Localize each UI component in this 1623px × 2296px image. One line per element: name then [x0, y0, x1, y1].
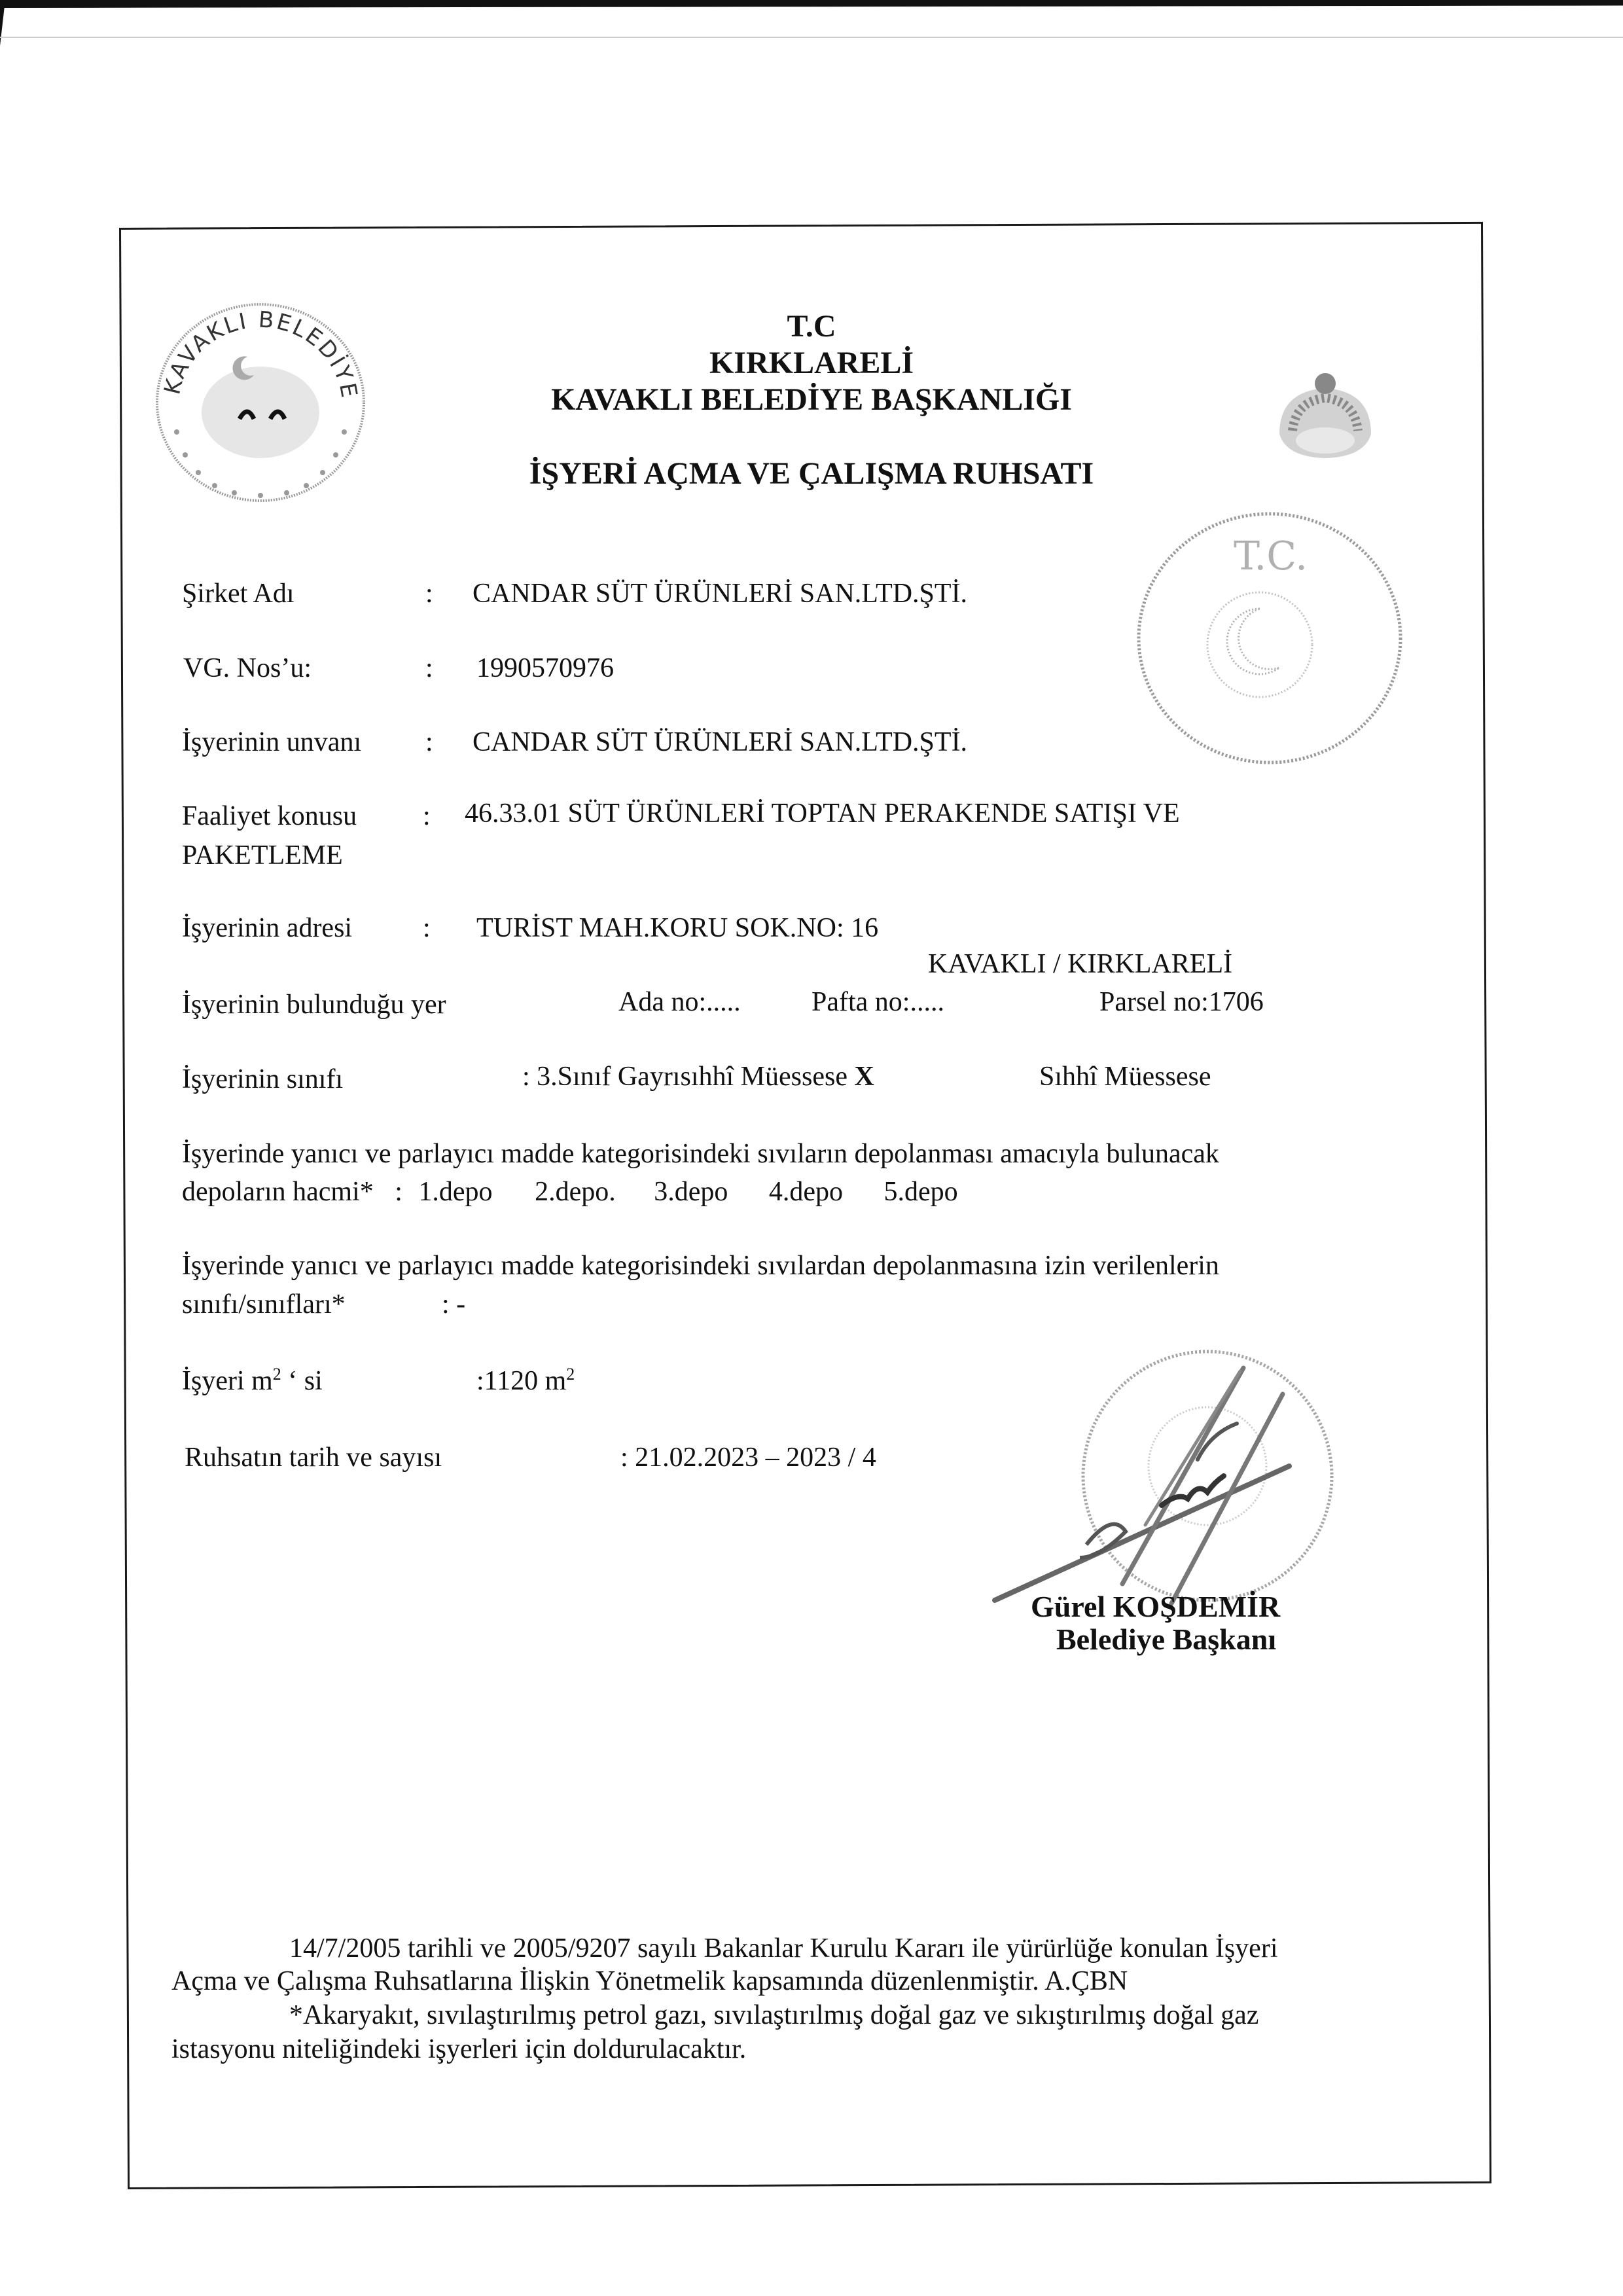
permitted-label: sınıfı/sınıfları* — [182, 1291, 346, 1318]
tanks-label: depoların hacmi* : 1.depo 2.depo. 3.depo… — [182, 1178, 958, 1206]
activity-value-line1: 46.33.01 SÜT ÜRÜNLERİ TOPTAN PERAKENDE S… — [465, 800, 1180, 827]
signatory-title: Belediye Başkanı — [1056, 1624, 1276, 1655]
business-title-label: İşyerinin unvanı — [182, 728, 361, 756]
official-stamp-icon: T.C. — [1129, 504, 1410, 779]
area-label-prefix: İşyeri m — [182, 1366, 273, 1396]
scan-line — [0, 37, 1623, 38]
class-option-gayrisihhi: : 3.Sınıf Gayrısıhhî Müessese X — [522, 1063, 874, 1090]
tax-no-value: 1990570976 — [476, 655, 614, 682]
license-value: : 21.02.2023 – 2023 / 4 — [620, 1444, 876, 1471]
license-label: Ruhsatın tarih ve sayısı — [185, 1444, 442, 1471]
location-parsel: Parsel no:1706 — [1099, 988, 1264, 1016]
business-title-value: CANDAR SÜT ÜRÜNLERİ SAN.LTD.ŞTİ. — [473, 728, 967, 756]
tanks-sep: : — [395, 1177, 402, 1207]
business-title-sep: : — [425, 728, 433, 756]
signatory-name: Gürel KOŞDEMİR — [1031, 1592, 1280, 1622]
signature-stamp-icon — [982, 1302, 1387, 1610]
address-sep: : — [423, 914, 431, 942]
tax-no-label: VG. Nos’u: — [183, 655, 312, 682]
area-label-suffix: ‘ si — [281, 1366, 323, 1396]
class-selected-mark: X — [854, 1062, 874, 1092]
permitted-text-line1: İşyerinde yanıcı ve parlayıcı madde kate… — [182, 1252, 1219, 1280]
location-pafta: Pafta no:..... — [811, 988, 944, 1016]
footnote-line4: istasyonu niteliğindeki işyerleri için d… — [171, 2036, 746, 2063]
footnote-line3: *Akaryakıt, sıvılaştırılmış petrol gazı,… — [289, 2001, 1258, 2029]
header-province: KIRKLARELİ — [0, 348, 1623, 379]
company-name-sep: : — [425, 580, 433, 607]
depot-4: 4.depo — [769, 1177, 843, 1207]
area-label-sup: 2 — [273, 1365, 281, 1384]
area-value-prefix: :1120 m — [476, 1366, 566, 1396]
header-tc: T.C — [0, 311, 1623, 342]
document-title: İŞYERİ AÇMA VE ÇALIŞMA RUHSATI — [0, 458, 1623, 490]
tanks-text-line1: İşyerinde yanıcı ve parlayıcı madde kate… — [182, 1140, 1219, 1168]
scan-edge-top — [0, 0, 1623, 8]
location-label: İşyerinin bulunduğu yer — [182, 991, 446, 1018]
company-name-value: CANDAR SÜT ÜRÜNLERİ SAN.LTD.ŞTİ. — [473, 580, 967, 607]
depot-2: 2.depo. — [535, 1177, 616, 1207]
area-label: İşyeri m2 ‘ si — [182, 1366, 323, 1395]
activity-value-line2: PAKETLEME — [182, 842, 343, 869]
permitted-value: : - — [442, 1291, 465, 1318]
address-label: İşyerinin adresi — [182, 914, 352, 942]
location-ada: Ada no:..... — [618, 988, 741, 1016]
address-value-line1: TURİST MAH.KORU SOK.NO: 16 — [476, 914, 878, 942]
tax-no-sep: : — [425, 655, 433, 682]
depot-3: 3.depo — [654, 1177, 728, 1207]
header-municipality: KAVAKLI BELEDİYE BAŞKANLIĞI — [0, 384, 1623, 416]
depot-5: 5.depo — [884, 1177, 958, 1207]
class-label: İşyerinin sınıfı — [182, 1066, 343, 1093]
footnote-line1: 14/7/2005 tarihli ve 2005/9207 sayılı Ba… — [289, 1935, 1277, 1962]
area-value: :1120 m2 — [476, 1366, 575, 1395]
company-name-label: Şirket Adı — [182, 580, 294, 607]
class-option-sihhi: Sıhhî Müessese — [1039, 1063, 1211, 1090]
activity-label: Faaliyet konusu — [182, 802, 357, 830]
class-option-gayrisihhi-text: : 3.Sınıf Gayrısıhhî Müessese — [522, 1062, 847, 1092]
activity-sep: : — [423, 802, 431, 830]
address-value-line2: KAVAKLI / KIRKLARELİ — [928, 950, 1232, 978]
svg-text:T.C.: T.C. — [1234, 533, 1308, 579]
depot-1: 1.depo — [418, 1177, 492, 1207]
area-value-sup: 2 — [566, 1365, 575, 1384]
tanks-label-text: depoların hacmi* — [182, 1177, 374, 1207]
footnote-line2: Açma ve Çalışma Ruhsatlarına İlişkin Yön… — [171, 1967, 1128, 1995]
